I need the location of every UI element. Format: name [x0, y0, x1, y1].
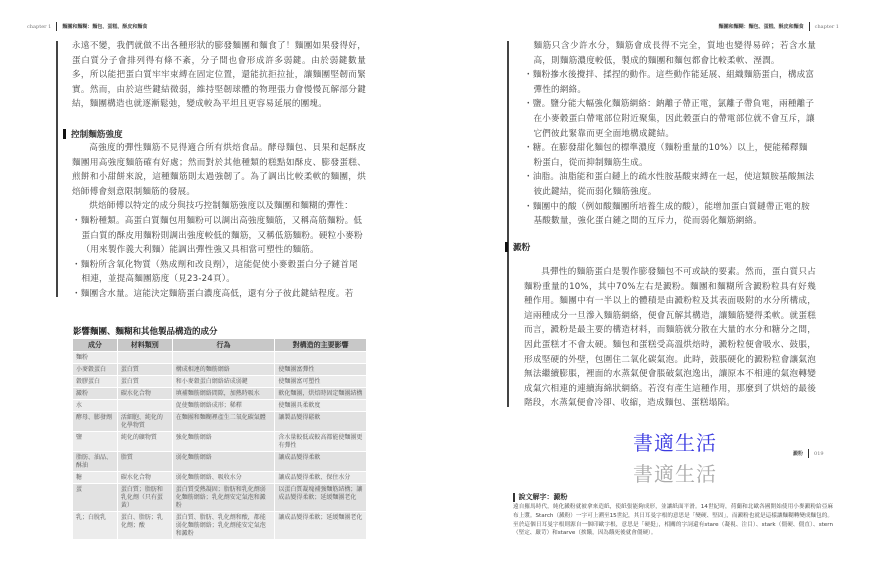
- sidebox-body: 遠自羅馬時代，純化澱粉就被拿來造紙，使紙張能夠成形，並讓紙面平滑。14世紀時，荷…: [513, 503, 833, 538]
- table-row: 麵粉: [73, 352, 367, 364]
- table-cell: 蛋: [73, 484, 118, 512]
- column-header: 對構造的主要影響: [275, 339, 367, 352]
- table-cell: 酵母、膨發劑: [73, 412, 118, 432]
- table-cell: 麵粉: [73, 352, 118, 364]
- table-cell: [117, 400, 172, 412]
- intro-paragraph: 永遠不變，我們就做不出各種形狀的膨發麵團和麵食了！麵團如果發得好，蛋白質分子會排…: [72, 39, 366, 112]
- list-item: 麵粉摻水後攪拌、揉捏的動作。這些動作能延展、組織麵筋蛋白，構成富彈性的網絡。: [524, 68, 816, 97]
- table-cell: 弱化麵筋網絡、吸收水分: [172, 472, 275, 484]
- starch-para: 具彈性的麵筋蛋白是製作膨發麵包不可或缺的要素。然而，蛋白質只占麵粉重量的10%，…: [524, 265, 816, 411]
- heading-marker-icon: [513, 493, 515, 502]
- table-cell: 蛋白質；脂肪和乳化劑（只有蛋黃）: [117, 484, 172, 512]
- table-cell: 脂肪、油品、酥油: [73, 452, 118, 472]
- sidebox-heading: 說文解字：澱粉: [513, 492, 833, 502]
- table-header-row: 成分 材料類別 行為 對構造的主要影響: [73, 339, 367, 352]
- chapter-label: chapter 1: [27, 24, 51, 30]
- column-header: 材料類別: [117, 339, 172, 352]
- table-cell: 穀膠蛋白: [73, 376, 118, 388]
- table-row: 澱粉碳水化合物填補麵筋網絡間隙，加熱時吸水軟化麵團，烘焙時固定麵團結構: [73, 388, 367, 400]
- table-cell: 在麵團和麵糊裡產生二氧化碳氣體: [172, 412, 275, 432]
- gluten-para-1: 高強度的彈性麵筋不見得適合所有烘焙食品。酵母麵包、貝果和起酥皮麵團用高強度麵筋確…: [72, 141, 366, 199]
- margin-bar-right: [507, 41, 509, 407]
- starch-section: 具彈性的麵筋蛋白是製作膨發麵包不可或缺的要素。然而，蛋白質只占麵粉重量的10%，…: [524, 265, 816, 411]
- right-continuation: 麵筋只含少許水分，麵筋會成長得不完全，質地也變得易碎；若含水量高，則麵筋濃度較低…: [524, 39, 816, 229]
- etymology-sidebox: 說文解字：澱粉 遠自羅馬時代，純化澱粉就被拿來造紙，使紙張能夠成形，並讓紙面平滑…: [513, 492, 833, 538]
- table-cell: 讓成品變得柔軟；延緩麵團老化: [275, 512, 367, 540]
- table-cell: 澱粉: [73, 388, 118, 400]
- table-cell: 軟化麵團，烘焙時固定麵團結構: [275, 388, 367, 400]
- table-cell: 碳水化合物: [117, 472, 172, 484]
- chapter-label: chapter 1: [815, 24, 839, 30]
- table-cell: [117, 352, 172, 364]
- running-head-right: 麵團和麵糊：麵包、蛋糕、酥皮和麵食 chapter 1: [719, 22, 839, 31]
- ingredients-table: 成分 材料類別 行為 對構造的主要影響 麵粉小麥穀蛋白蛋白質構成相連的麵筋網絡使…: [72, 338, 367, 540]
- continuation-text: 麵筋只含少許水分，麵筋會成長得不完全，質地也變得易碎；若含水量高，則麵筋濃度較低…: [524, 39, 816, 68]
- table-cell: 活細胞、純化的化學物質: [117, 412, 172, 432]
- table-cell: 蛋白質: [117, 376, 172, 388]
- section-heading-starch: 澱粉: [505, 241, 530, 253]
- table-cell: 小麥穀蛋白: [73, 364, 118, 376]
- gluten-bullet-list-cont: 麵粉摻水後攪拌、揉捏的動作。這些動作能延展、組織麵筋蛋白，構成富彈性的網絡。 鹽…: [524, 68, 816, 229]
- table-cell: 碳水化合物: [117, 388, 172, 400]
- list-item: 麵團中的酸（例如酸麵團所培養生成的酸），能增加蛋白質鏈帶正電的胺基酸數量，強化蛋…: [524, 200, 816, 229]
- table-cell: 含水量較低或較高都能使麵團更有彈性: [275, 432, 367, 452]
- chapter-title: 麵團和麵糊：麵包、蛋糕、酥皮和麵食: [719, 23, 804, 30]
- table-row: 酵母、膨發劑活細胞、純化的化學物質在麵團和麵糊裡產生二氧化碳氣體讓製品變得鬆軟: [73, 412, 367, 432]
- section-heading-text: 澱粉: [513, 241, 530, 253]
- table-cell: 蛋白、脂肪；乳化劑；酸: [117, 512, 172, 540]
- page-folio: 澱粉 019: [793, 449, 824, 458]
- table-cell: 以蛋白質凝塊補強麵筋結構；讓成品變得柔軟；延緩麵團老化: [275, 484, 367, 512]
- table-cell: 蛋白質: [117, 364, 172, 376]
- table-cell: [172, 352, 275, 364]
- chapter-title: 麵團和麵糊：麵包、蛋糕、酥皮和麵食: [62, 23, 147, 30]
- gluten-bullet-list: 麵粉種類。高蛋白質麵包用麵粉可以調出高強度麵筋，又稱高筋麵粉。低蛋白質的酥皮用麵…: [72, 214, 366, 302]
- list-item: 麵粉種類。高蛋白質麵包用麵粉可以調出高強度麵筋，又稱高筋麵粉。低蛋白質的酥皮用麵…: [72, 214, 366, 258]
- table-row: 乳；白脫乳蛋白、脂肪；乳化劑；酸蛋白質、脂肪、乳化劑和酸，都能弱化麵筋網絡；乳化…: [73, 512, 367, 540]
- folio-section-label: 澱粉: [793, 450, 803, 457]
- table-cell: 弱化麵筋網絡: [172, 452, 275, 472]
- intro-text: 永遠不變，我們就做不出各種形狀的膨發麵團和麵食了！麵團如果發得好，蛋白質分子會排…: [72, 39, 366, 112]
- table-row: 蛋蛋白質；脂肪和乳化劑（只有蛋黃）蛋白質受熱凝固；脂肪和乳化劑弱化麵筋網絡；乳化…: [73, 484, 367, 512]
- running-head-left: chapter 1 麵團和麵糊：麵包、蛋糕、酥皮和麵食: [27, 22, 147, 31]
- list-item: 油脂。油脂能和蛋白鏈上的疏水性胺基酸束縛在一起，使這類胺基酸無法彼此鍵結，從而弱…: [524, 170, 816, 199]
- table-cell: 填補麵筋網絡間隙，加熱時吸水: [172, 388, 275, 400]
- table-cell: 使麵團具柔軟度: [275, 400, 367, 412]
- table-cell: 脂質: [117, 452, 172, 472]
- table-row: 糖碳水化合物弱化麵筋網絡、吸收水分讓成品變得柔軟、保住水分: [73, 472, 367, 484]
- list-item: 麵團含水量。這能決定麵筋蛋白濃度高低，還有分子彼此鍵結程度。若: [72, 287, 366, 302]
- table-cell: 糖: [73, 472, 118, 484]
- section-heading-text: 控制麵筋強度: [71, 128, 123, 140]
- table-cell: 使麵團富可塑性: [275, 376, 367, 388]
- table-cell: 促使麵筋網絡成形；稀釋: [172, 400, 275, 412]
- list-item: 鹽。鹽分能大幅強化麵筋網絡：鈉離子帶正電，氯離子帶負電，兩種離子在小麥穀蛋白帶電…: [524, 97, 816, 141]
- table-row: 穀膠蛋白蛋白質和小麥穀蛋白網絡結成弱鍵使麵團富可塑性: [73, 376, 367, 388]
- divider: [808, 449, 809, 458]
- table-cell: 讓成品變得柔軟: [275, 452, 367, 472]
- column-header: 行為: [172, 339, 275, 352]
- heading-marker-icon: [63, 129, 66, 139]
- table-cell: [275, 352, 367, 364]
- table-cell: 和小麥穀蛋白網絡結成弱鍵: [172, 376, 275, 388]
- heading-marker-icon: [505, 242, 508, 252]
- gluten-para-2: 烘焙師傅以特定的成分與技巧控制麵筋強度以及麵團和麵糊的彈性：: [72, 199, 366, 214]
- table-row: 小麥穀蛋白蛋白質構成相連的麵筋網絡使麵團富彈性: [73, 364, 367, 376]
- table-row: 水促使麵筋網絡成形；稀釋使麵團具柔軟度: [73, 400, 367, 412]
- table-row: 脂肪、油品、酥油脂質弱化麵筋網絡讓成品變得柔軟: [73, 452, 367, 472]
- table-cell: 讓成品變得柔軟、保住水分: [275, 472, 367, 484]
- watermark-secondary: 書適生活: [633, 458, 717, 487]
- table-cell: 強化麵筋網絡: [172, 432, 275, 452]
- table-cell: 蛋白質受熱凝固；脂肪和乳化劑弱化麵筋網絡；乳化劑安定氣泡和澱粉: [172, 484, 275, 512]
- section-heading-gluten: 控制麵筋強度: [63, 128, 123, 140]
- list-item: 糖。在膨發甜化麵包的標準濃度（麵粉重量的10%）以上，便能稀釋麵粉蛋白，從而抑制…: [524, 141, 816, 170]
- table-cell: 乳；白脫乳: [73, 512, 118, 540]
- table-cell: 蛋白質、脂肪、乳化劑和酸，都能弱化麵筋網絡；乳化劑能安定氣泡和澱粉: [172, 512, 275, 540]
- list-item: 麵粉所含氧化物質（熟成劑和改良劑），這能促使小麥穀蛋白分子鏈首尾相連，並提高麵團…: [72, 258, 366, 287]
- table-cell: 構成相連的麵筋網絡: [172, 364, 275, 376]
- divider: [809, 22, 810, 31]
- table-cell: 使麵團富彈性: [275, 364, 367, 376]
- column-header: 成分: [73, 339, 118, 352]
- margin-bar-left: [56, 41, 58, 297]
- table-cell: 鹽: [73, 432, 118, 452]
- page-number: 019: [814, 451, 824, 457]
- watermark-primary: 書適生活: [633, 427, 717, 456]
- gluten-section: 高強度的彈性麵筋不見得適合所有烘焙食品。酵母麵包、貝果和起酥皮麵團用高強度麵筋確…: [72, 141, 366, 302]
- table-row: 鹽純化的礦物質強化麵筋網絡含水量較低或較高都能使麵團更有彈性: [73, 432, 367, 452]
- table-cell: 水: [73, 400, 118, 412]
- table-title: 影響麵團、麵糊和其他製品構造的成分: [73, 325, 218, 337]
- sidebox-heading-text: 說文解字：澱粉: [519, 492, 568, 502]
- divider: [56, 22, 57, 31]
- table-cell: 純化的礦物質: [117, 432, 172, 452]
- table-cell: 讓製品變得鬆軟: [275, 412, 367, 432]
